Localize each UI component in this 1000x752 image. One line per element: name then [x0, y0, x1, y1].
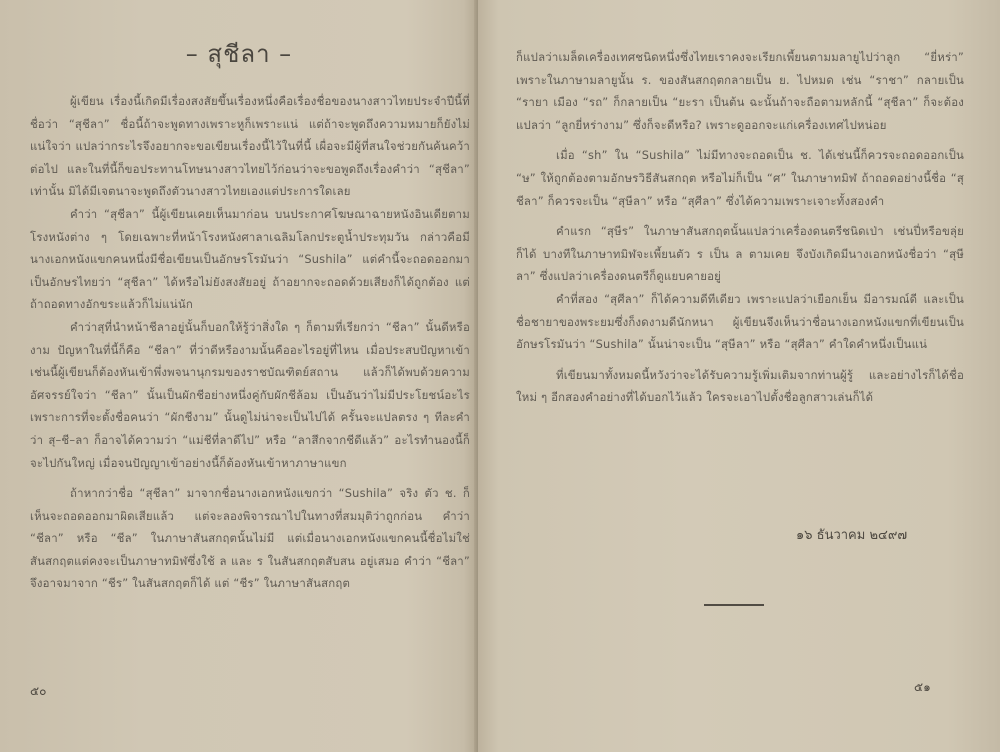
page-number-left: ๕๐	[30, 682, 46, 701]
paragraph-5: เมื่อ “sh” ใน “Sushila” ไม่มีทางจะถอดเป็…	[516, 144, 964, 212]
article-title: – สุชีลา –	[0, 34, 478, 73]
date-line: ๑๖ ธันวาคม ๒๔๙๗	[796, 524, 907, 545]
paragraph-1: ผู้เขียน เรื่องนี้เกิดมีเรื่องสงสัยขึ้นเ…	[30, 90, 470, 203]
book-spread: – สุชีลา – ผู้เขียน เรื่องนี้เกิดมีเรื่อ…	[0, 0, 1000, 752]
end-rule-divider	[704, 604, 764, 606]
paragraph-8: ที่เขียนมาทั้งหมดนี้หวังว่าจะได้รับความร…	[516, 364, 964, 409]
paragraph-2: คำว่า “สุชีลา” นี้ผู้เขียนเคยเห็นมาก่อน …	[30, 203, 470, 316]
paragraph-4: ถ้าหากว่าชื่อ “สุชีลา” มาจากชื่อนางเอกหน…	[30, 482, 470, 595]
paragraph-3: คำว่าสุที่นำหน้าชีลาอยู่นั้นก็บอกให้รู้ว…	[30, 316, 470, 474]
paragraph-7: คำที่สอง “สุศีลา” ก็ได้ความดีทีเดียว เพร…	[516, 288, 964, 356]
right-page-body: ก็แปลว่าเมล็ดเครื่องเทศชนิดหนึ่งซึ่งไทยเ…	[516, 46, 964, 409]
page-number-right: ๕๑	[914, 678, 931, 697]
right-page: ก็แปลว่าเมล็ดเครื่องเทศชนิดหนึ่งซึ่งไทยเ…	[478, 0, 1000, 752]
left-page: – สุชีลา – ผู้เขียน เรื่องนี้เกิดมีเรื่อ…	[0, 0, 478, 752]
paragraph-continued: ก็แปลว่าเมล็ดเครื่องเทศชนิดหนึ่งซึ่งไทยเ…	[516, 46, 964, 136]
left-page-body: ผู้เขียน เรื่องนี้เกิดมีเรื่องสงสัยขึ้นเ…	[30, 90, 470, 595]
paragraph-6: คำแรก “สุษีร” ในภาษาสันสกฤตนั้นแปลว่าเคร…	[516, 220, 964, 288]
